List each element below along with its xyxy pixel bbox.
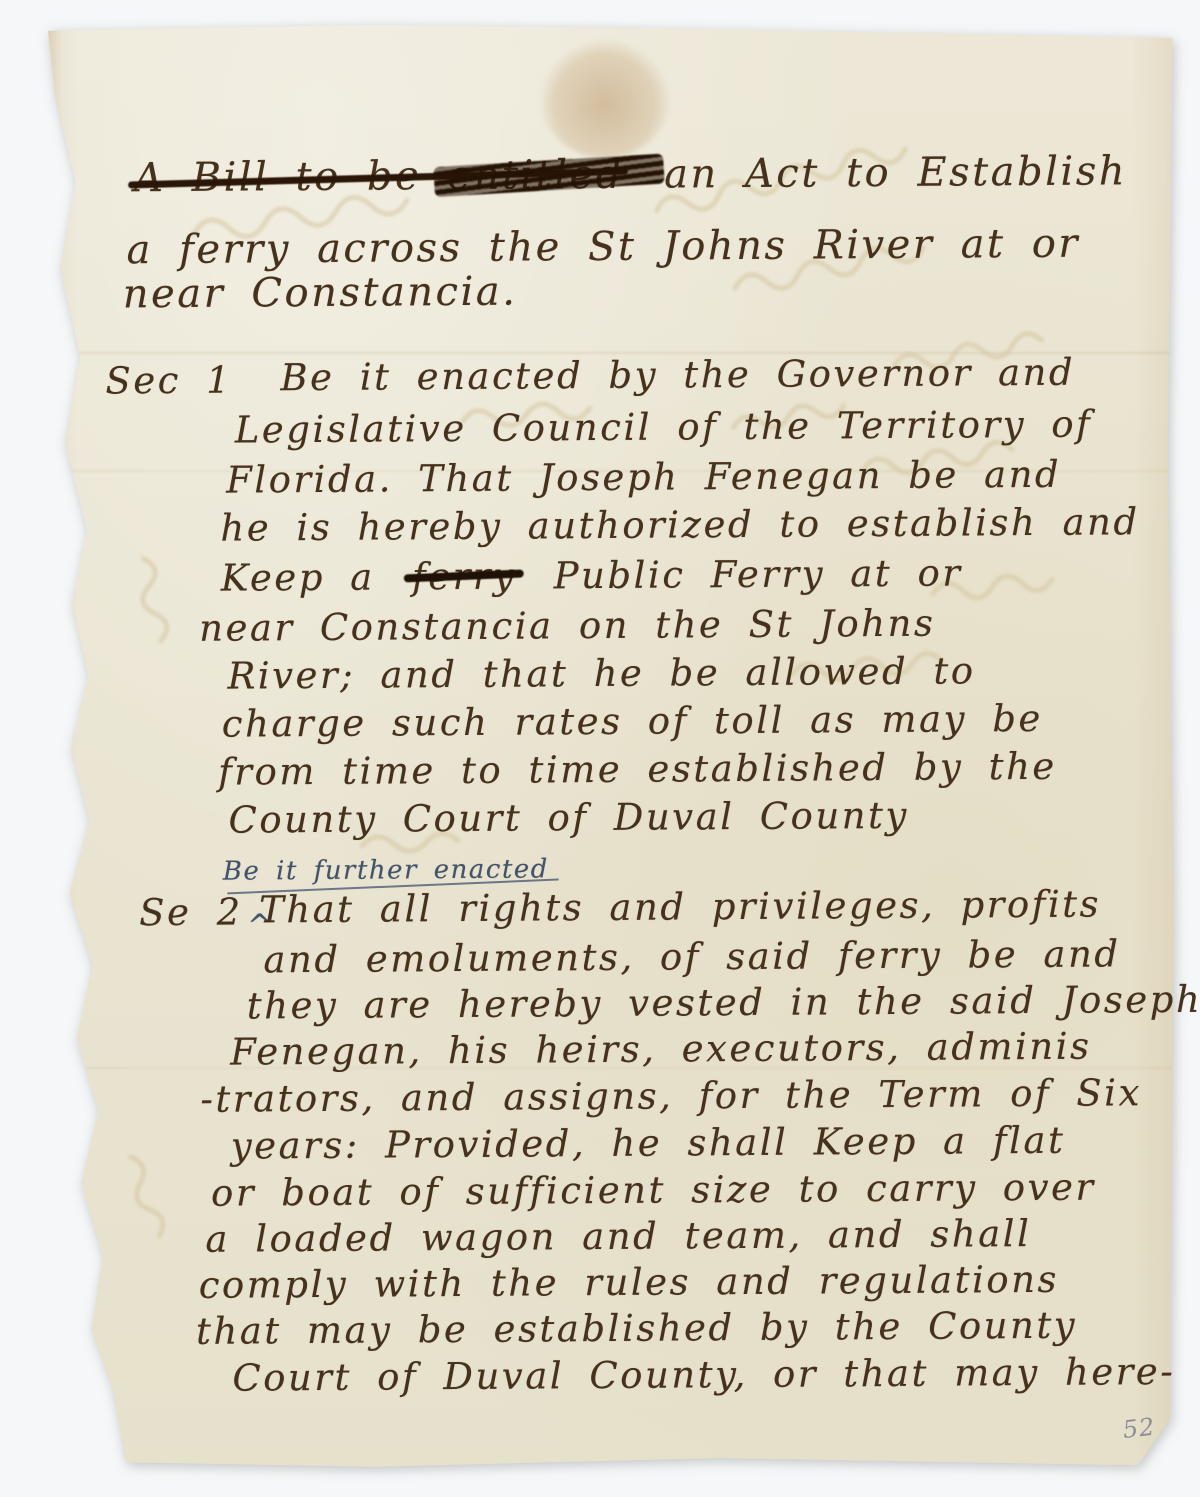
section2-line: they are hereby vested in the said Josep… <box>247 978 1200 1028</box>
title-text: a ferry across the St Johns River at or <box>126 221 1080 274</box>
section1-label: Sec 1 <box>105 359 232 403</box>
struck-word-ferry: ferry <box>412 555 517 599</box>
section2-line: comply with the rules and regulations <box>199 1258 1059 1307</box>
section2-line: Court of Duval County, or that may here- <box>232 1350 1175 1400</box>
section2-line: years: Provided, he shall Keep a flat <box>231 1119 1066 1168</box>
section1-line: County Court of Duval County <box>228 794 909 842</box>
section1-line: from time to time established by the <box>218 745 1057 794</box>
interlined-note-text: Be it further enacted <box>223 854 549 886</box>
section2-line: and emoluments, of said ferry be and <box>263 932 1120 981</box>
section1-line: charge such rates of toll as may be <box>222 697 1043 746</box>
section2-label: Se 2 ^ <box>139 890 243 934</box>
section1-line: Legislative Council of the Territory of <box>235 403 1093 452</box>
section1-line: near Constancia on the St Johns <box>199 602 936 650</box>
scanned-manuscript-page: A Bill to be entitled an Act to Establis… <box>0 0 1200 1497</box>
interlined-note: Be it further enacted <box>223 854 549 886</box>
section1-line: River; and that he be allowed to <box>227 649 975 697</box>
title-continuation: an Act to Establish <box>664 148 1127 197</box>
title-text: near Constancia. <box>123 269 518 318</box>
handwriting-layer: A Bill to be entitled an Act to Establis… <box>0 0 1200 1497</box>
section2-line: That all rights and privileges, profits <box>259 883 1101 932</box>
section2-line: Fenegan, his heirs, executors, adminis <box>230 1025 1092 1074</box>
section2-line: that may be established by the County <box>196 1304 1077 1353</box>
title-line-2: a ferry across the St Johns River at or <box>126 221 1080 274</box>
section1-line: Be it enacted by the Governor and <box>280 351 1075 400</box>
page-number: 52 <box>1121 1413 1156 1444</box>
section2-line: a loaded wagon and team, and shall <box>205 1212 1031 1261</box>
section2-line: or boat of sufficient size to carry over <box>211 1166 1096 1215</box>
section2-line: -trators, and assigns, for the Term of S… <box>200 1071 1142 1121</box>
section1-line: Florida. That Joseph Fenegan be and <box>226 453 1061 502</box>
section1-ferry-line: Keep a ferry Public Ferry at or <box>221 551 963 599</box>
section1-line: he is hereby authorized to establish and <box>220 500 1139 549</box>
title-line-3: near Constancia. <box>123 269 518 318</box>
title-line-1: A Bill to be entitled an Act to Establis… <box>134 148 1127 201</box>
